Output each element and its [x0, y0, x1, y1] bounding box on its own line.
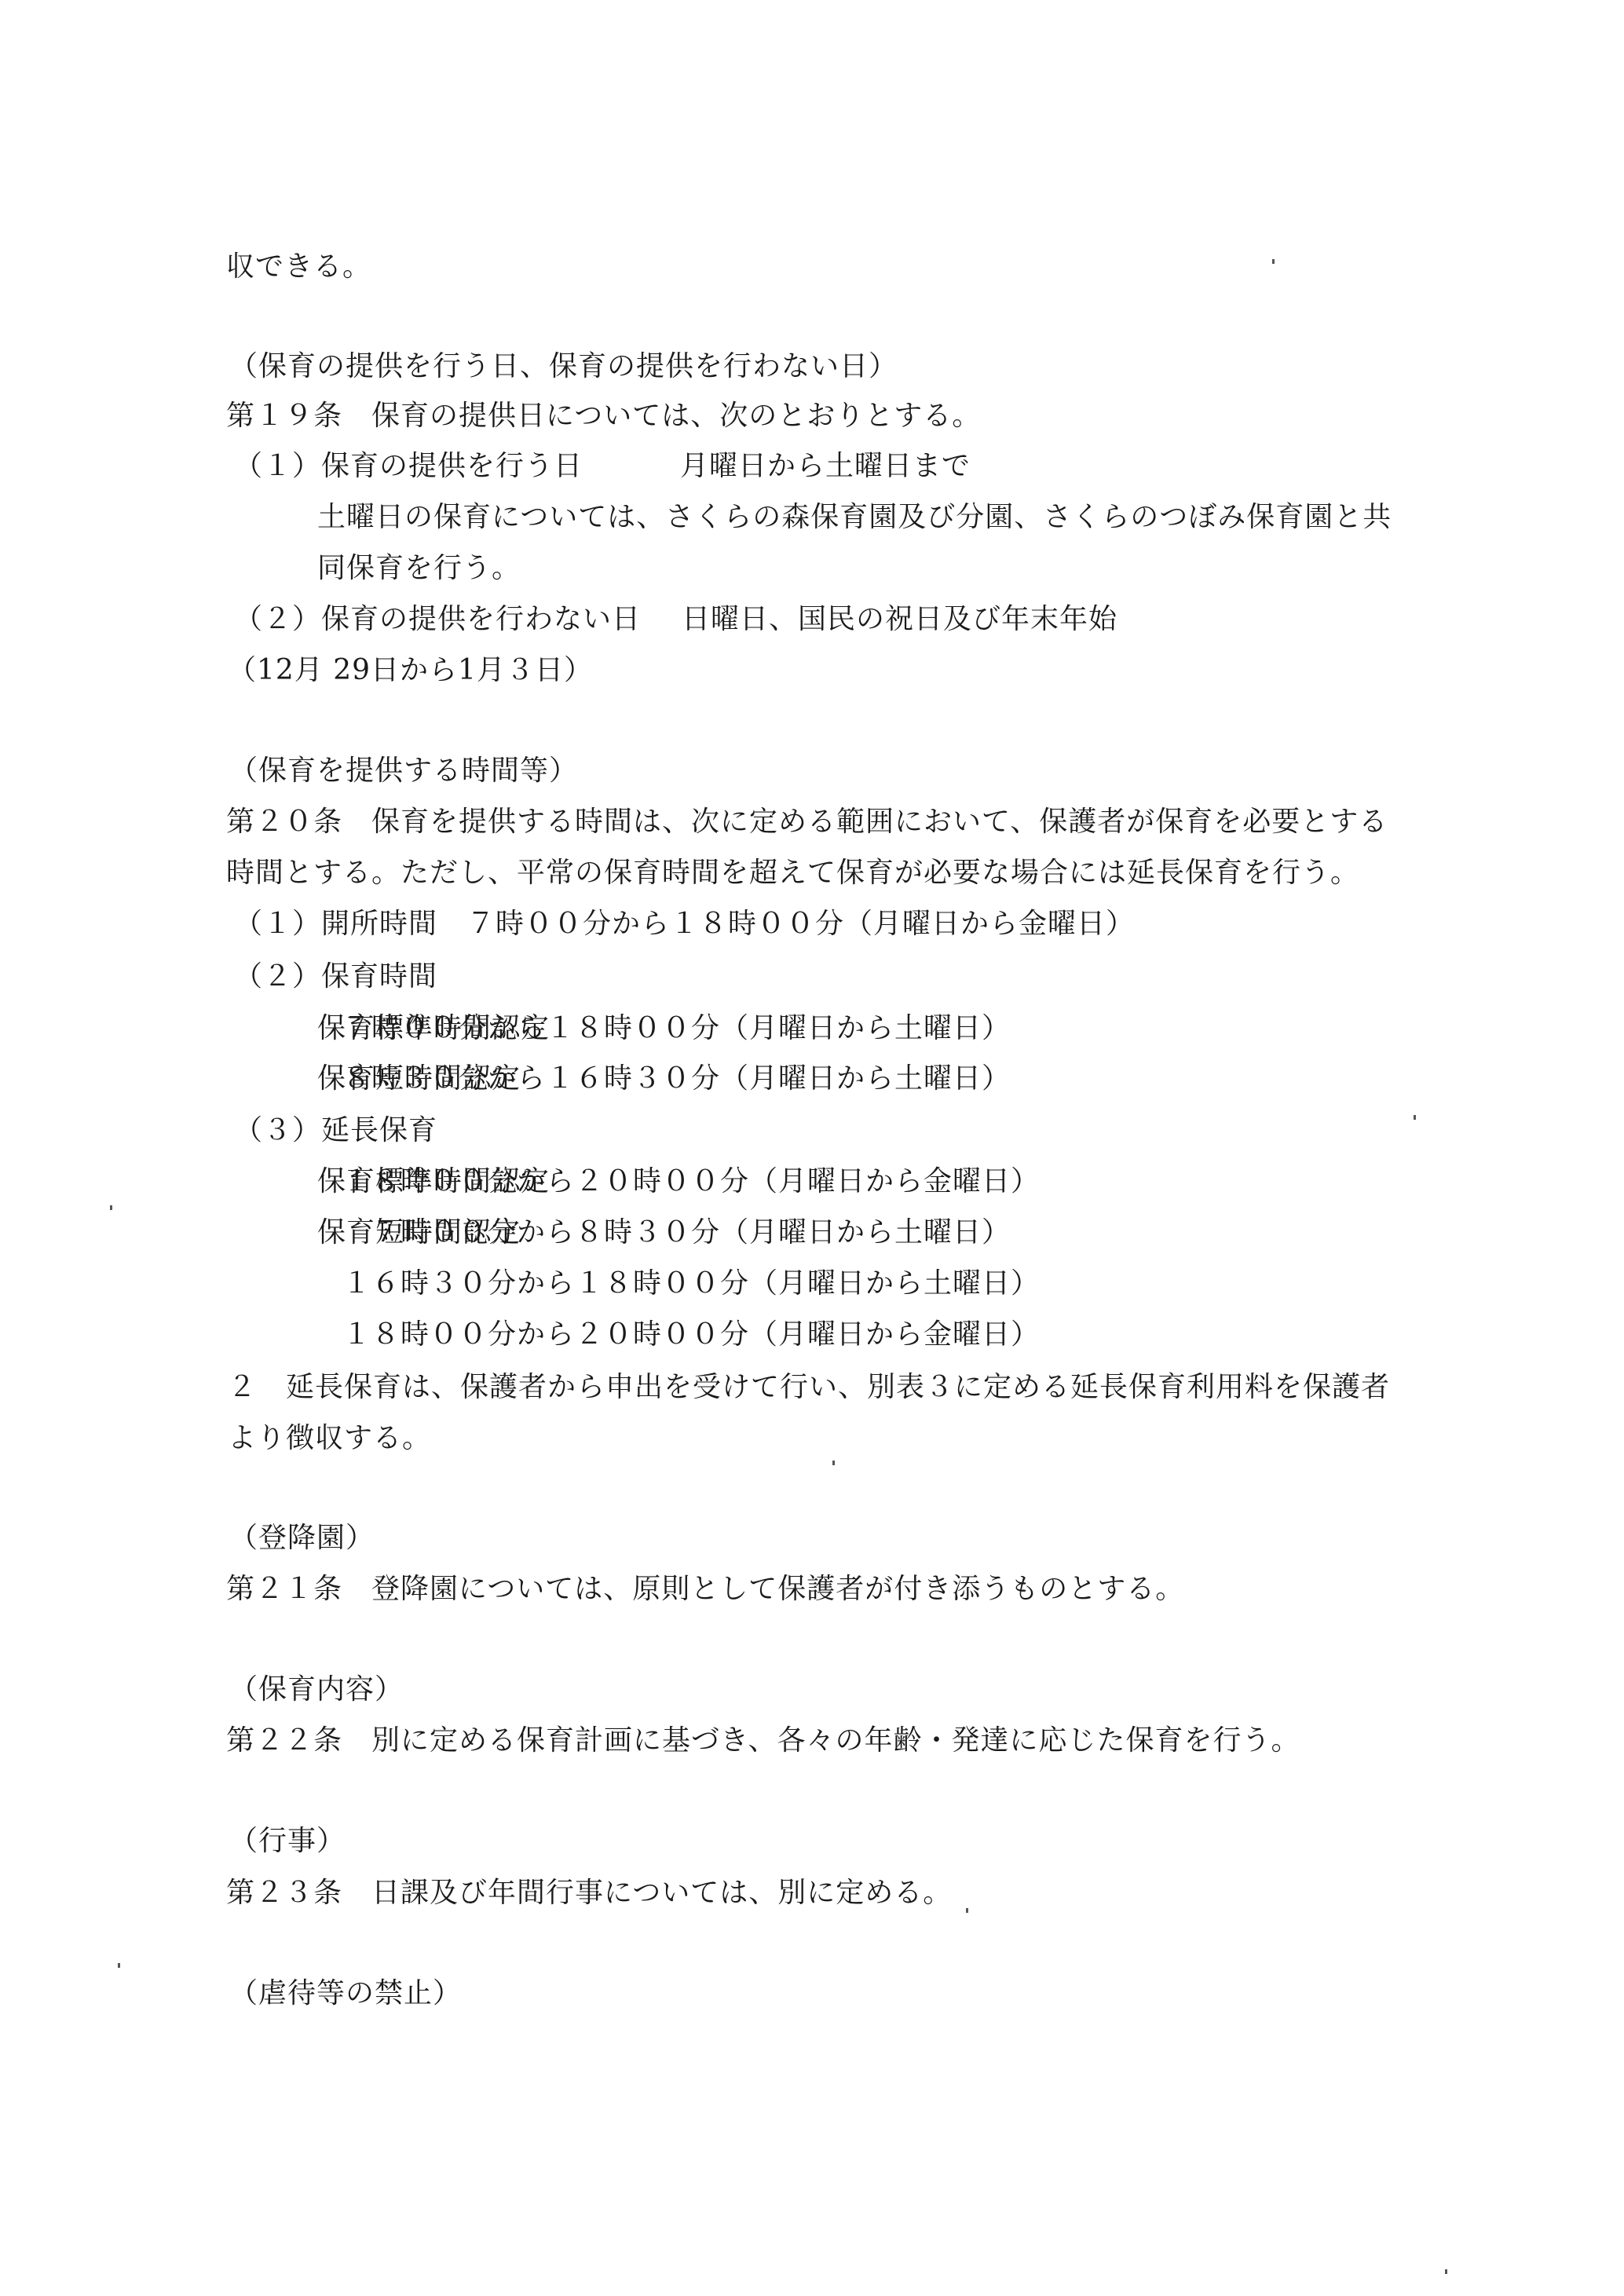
- article-20-item3-label: （３）延長保育: [234, 1113, 437, 1148]
- article-22-body: 第２２条 別に定める保育計画に基づき、各々の年齢・発達に応じた保育を行う。: [226, 1724, 1300, 1758]
- article-20-item3-row4-value: １８時００分から２０時００分（月曜日から金曜日）: [342, 1318, 1040, 1352]
- article-19-body: 第１９条 保育の提供日については、次のとおりとする。: [226, 399, 981, 433]
- scan-speck: [966, 1908, 968, 1913]
- continuation-text: 収できる。: [226, 250, 371, 284]
- article-19-item1-label: （１）保育の提供を行う日: [234, 449, 583, 484]
- article-20-item2-row2-value: ８時３０分から１６時３０分（月曜日から土曜日）: [342, 1062, 1011, 1096]
- article-19-item2-note: （12月 29日から1月３日）: [228, 653, 593, 688]
- scan-speck: [118, 1963, 120, 1968]
- article-23-body: 第２３条 日課及び年間行事については、別に定める。: [226, 1876, 952, 1910]
- article-21-body: 第２１条 登降園については、原則として保護者が付き添うものとする。: [226, 1572, 1184, 1607]
- article-20-para2-line1: ２ 延長保育は、保護者から申出を受けて行い、別表３に定める延長保育利用料を保護者: [228, 1370, 1390, 1405]
- article-24-heading: （虐待等の禁止）: [229, 1976, 462, 2011]
- article-20-body-line2: 時間とする。ただし、平常の保育時間を超えて保育が必要な場合には延長保育を行う。: [226, 856, 1359, 890]
- article-19-item1-note-line1: 土曜日の保育については、さくらの森保育園及び分園、さくらのつぼみ保育園と共: [317, 500, 1392, 535]
- article-20-item1: （１）開所時間 ７時００分から１８時００分（月曜日から金曜日）: [234, 907, 1135, 941]
- scan-speck: [1414, 1115, 1416, 1120]
- article-20-item2-label: （２）保育時間: [234, 960, 437, 994]
- article-20-heading: （保育を提供する時間等）: [229, 754, 578, 788]
- article-19-item1-note-line2: 同保育を行う。: [317, 551, 521, 586]
- article-19-item2-value: 日曜日、国民の祝日及び年末年始: [682, 602, 1117, 637]
- article-23-heading: （行事）: [229, 1824, 346, 1859]
- article-20-item3-row2-value: ７時００分から８時３０分（月曜日から土曜日）: [342, 1216, 1011, 1250]
- scan-speck: [1445, 2269, 1447, 2274]
- article-21-heading: （登降園）: [229, 1521, 375, 1556]
- article-20-item3-row1-value: １８時００分から２０時００分（月曜日から金曜日）: [342, 1164, 1040, 1199]
- scan-speck: [832, 1461, 835, 1465]
- article-22-heading: （保育内容）: [229, 1673, 404, 1707]
- article-20-item3-row3-value: １６時３０分から１８時００分（月曜日から土曜日）: [342, 1267, 1040, 1301]
- article-19-item2-label: （２）保育の提供を行わない日: [234, 602, 641, 637]
- scan-speck: [110, 1205, 112, 1210]
- article-20-para2-line2: より徴収する。: [228, 1421, 431, 1456]
- article-20-item2-row1-value: ７時００分から１８時００分（月曜日から土曜日）: [342, 1011, 1011, 1046]
- scan-speck: [1272, 259, 1275, 264]
- article-20-body-line1: 第２０条 保育を提供する時間は、次に定める範囲において、保護者が保育を必要とする: [226, 805, 1388, 839]
- article-19-item1-value: 月曜日から土曜日まで: [680, 449, 971, 484]
- article-19-heading: （保育の提供を行う日、保育の提供を行わない日）: [229, 349, 898, 384]
